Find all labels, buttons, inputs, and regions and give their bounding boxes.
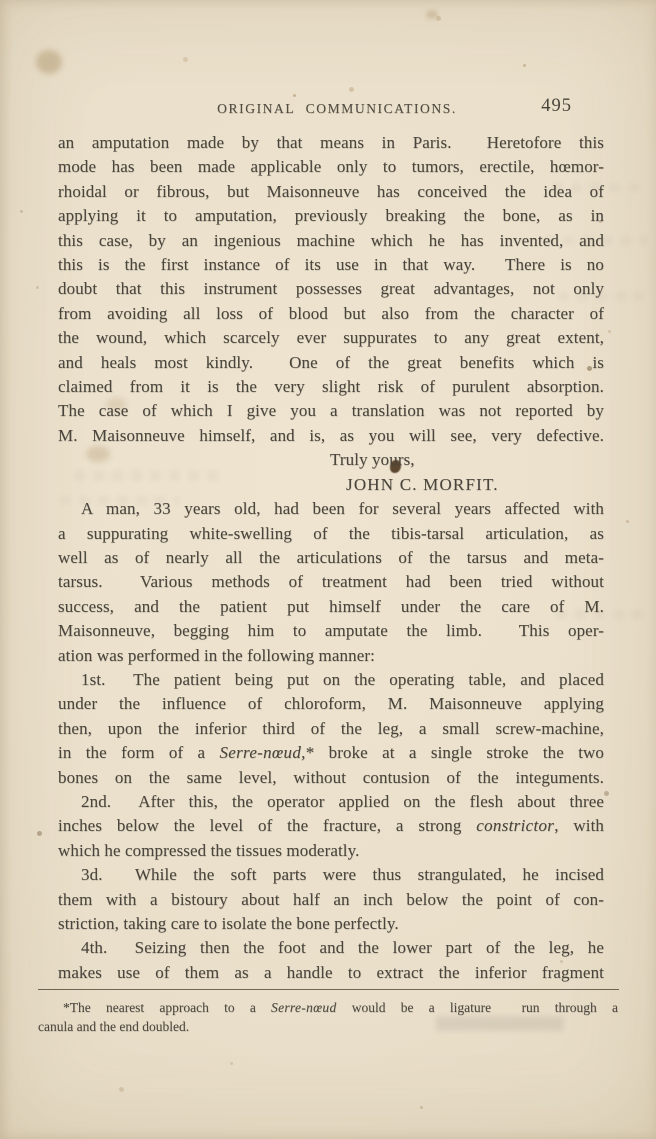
text-line: M. Maisonneuve himself, and is, as you w… [58,424,604,448]
text-line: 1st. The patient being put on the operat… [58,668,604,692]
text-line: striction, taking care to isolate the bo… [58,912,604,936]
page-number: 495 [541,96,572,117]
step-3d: 3d. While the soft parts were thus stran… [58,863,604,936]
step-2nd: 2nd. After this, the operator applied on… [58,790,604,863]
text-line: a suppurating white-swelling of the tibi… [58,522,604,546]
text-line: this is the first instance of its use in… [58,253,604,277]
text-line: Maisonneuve, begging him to amputate the… [58,619,604,643]
text-line: which he compressed the tissues moderatl… [58,839,604,863]
text-line: success, and the patient put himself und… [58,595,604,619]
footnote-rule [38,989,619,990]
text-line: claimed from it is the very slight risk … [58,375,604,399]
text-line: under the influence of chloroform, M. Ma… [58,692,604,716]
foxing-stain [36,50,62,74]
text-line: 4th. Seizing then the foot and the lower… [58,936,604,960]
page-body: an amputation made by that means in Pari… [58,131,604,985]
step-4th: 4th. Seizing then the foot and the lower… [58,936,604,985]
text-line: makes use of them as a handle to extract… [58,961,604,985]
scanned-book-page: ORIGINAL COMMUNICATIONS. 495 an amputati… [0,0,656,1139]
text-line: well as of nearly all the articulations … [58,546,604,570]
text-line: mode has been made applicable only to tu… [58,155,604,179]
step-1st: 1st. The patient being put on the operat… [58,668,604,790]
text-line: The case of which I give you a translati… [58,399,604,423]
text-line: in the form of a Serre-nœud,* broke at a… [58,741,604,765]
text-line: applying it to amputation, previously br… [58,204,604,228]
text-line: *The nearest approach to a Serre-nœud wo… [38,999,618,1018]
text-line: JOHN C. MORFIT. [58,473,604,497]
running-title: ORIGINAL COMMUNICATIONS. [217,101,457,116]
intro-paragraph: an amputation made by that means in Pari… [58,131,604,448]
text-line: inches below the level of the fracture, … [58,814,604,838]
text-line: 2nd. After this, the operator applied on… [58,790,604,814]
text-line: the wound, which scarcely ever suppurate… [58,326,604,350]
text-line: an amputation made by that means in Pari… [58,131,604,155]
text-line: bones on the same level, without contusi… [58,766,604,790]
footnote: *The nearest approach to a Serre-nœud wo… [38,999,618,1036]
text-line: rhoidal or fibrous, but Maisonneuve has … [58,180,604,204]
text-line: canula and the end doubled. [38,1018,618,1037]
text-line: Truly yours, [58,448,604,472]
text-line: doubt that this instrument possesses gre… [58,277,604,301]
case-paragraph: A man, 33 years old, had been for severa… [58,497,604,668]
signature-block: Truly yours,JOHN C. MORFIT. [58,448,604,497]
text-line: them with a bistoury about half an inch … [58,888,604,912]
text-line: then, upon the inferior third of the leg… [58,717,604,741]
page-header: ORIGINAL COMMUNICATIONS. 495 [58,100,616,118]
text-line: A man, 33 years old, had been for severa… [58,497,604,521]
foxing-stain [426,10,438,19]
text-line: from avoiding all loss of blood but also… [58,302,604,326]
text-line: and heals most kindly. One of the great … [58,351,604,375]
text-line: 3d. While the soft parts were thus stran… [58,863,604,887]
text-line: tarsus. Various methods of treatment had… [58,570,604,594]
text-line: this case, by an ingenious machine which… [58,229,604,253]
text-line: ation was performed in the following man… [58,644,604,668]
